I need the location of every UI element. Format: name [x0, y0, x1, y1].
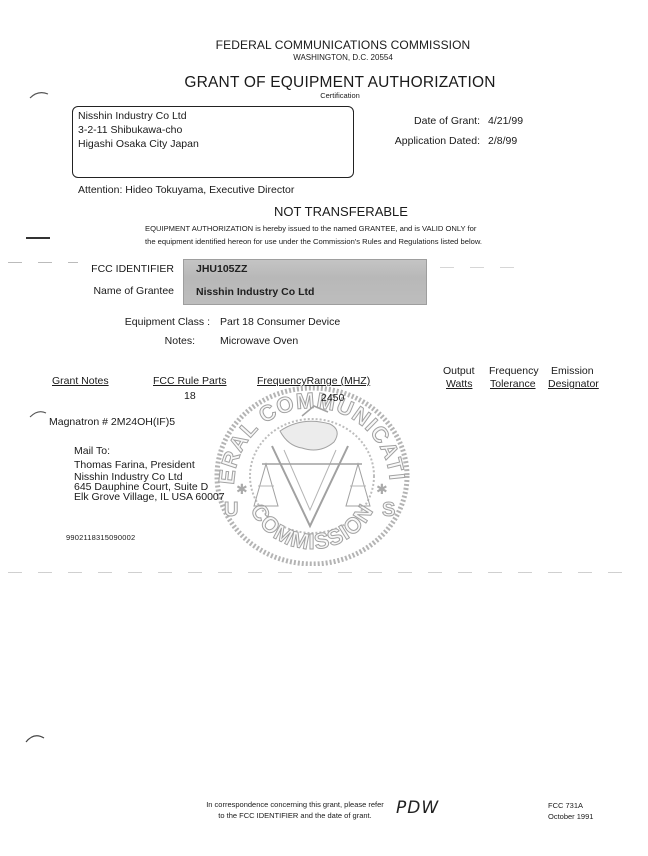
date-of-grant-value: 4/21/99 — [488, 115, 523, 127]
scan-line-lower — [8, 572, 638, 573]
form-number: FCC 731A October 1991 — [548, 800, 593, 822]
address-line: Higashi Osaka City Japan — [78, 137, 348, 151]
address-line: Nisshin Industry Co Ltd — [78, 109, 348, 123]
fcc-seal-icon: FEDERAL COMMUNICATIONS COMMISSION U S ✱ … — [202, 376, 422, 566]
svg-text:✱: ✱ — [376, 481, 388, 497]
application-dated-label: Application Dated: — [340, 135, 480, 147]
equipment-class-value: Part 18 Consumer Device — [220, 316, 340, 328]
svg-text:✱: ✱ — [236, 481, 248, 497]
mail-to-line: Elk Grove Village, IL USA 60007 — [74, 491, 225, 503]
emission-header-top: Emission — [551, 365, 594, 377]
rule-parts-value: 18 — [184, 390, 196, 402]
date-of-grant-label: Date of Grant: — [340, 115, 480, 127]
svg-text:FEDERAL COMMUNICATIONS: FEDERAL COMMUNICATIONS — [202, 376, 410, 486]
grant-note-text: Magnatron # 2M24OH(IF)5 — [49, 416, 175, 428]
form-number-code: FCC 731A — [548, 800, 593, 811]
handwritten-initials: PDW — [396, 798, 439, 818]
document-title: GRANT OF EQUIPMENT AUTHORIZATION — [0, 74, 648, 92]
scan-mark-mid-left — [28, 407, 50, 421]
fcc-identifier-value: JHU105ZZ — [196, 263, 247, 275]
mail-to-label: Mail To: — [74, 445, 110, 457]
tolerance-header-top: Frequency — [489, 365, 539, 377]
tolerance-header-bottom: Tolerance — [490, 378, 536, 390]
output-header-top: Output — [443, 365, 475, 377]
form-number-date: October 1991 — [548, 811, 593, 822]
document-subtitle: Certification — [0, 91, 648, 100]
not-transferable-heading: NOT TRANSFERABLE — [0, 204, 648, 219]
svg-text:COMMISSION: COMMISSION — [246, 499, 379, 554]
scan-mark-dash — [26, 237, 50, 239]
agency-address: WASHINGTON, D.C. 20554 — [0, 53, 648, 62]
notes-value: Microwave Oven — [220, 335, 298, 347]
equipment-class-label: Equipment Class : — [90, 316, 210, 328]
footer-note-line: to the FCC IDENTIFIER and the date of gr… — [190, 811, 400, 820]
address-line: 3-2-11 Shibukawa-cho — [78, 123, 348, 137]
grant-notes-header: Grant Notes — [52, 375, 109, 387]
emission-header-bottom: Designator — [548, 378, 599, 390]
frequency-value: 2450 — [321, 392, 344, 404]
svg-text:U: U — [224, 499, 238, 521]
fcc-identifier-label: FCC IDENTIFIER — [54, 263, 174, 275]
agency-name: FEDERAL COMMUNICATIONS COMMISSION — [0, 38, 648, 52]
authorization-text-line: EQUIPMENT AUTHORIZATION is hereby issued… — [145, 224, 476, 233]
notes-label: Notes: — [75, 335, 195, 347]
frequency-range-header: FrequencyRange (MHZ) — [257, 375, 370, 387]
tracking-number: 9902118315090002 — [66, 533, 135, 542]
output-header-bottom: Watts — [446, 378, 472, 390]
mail-to-line: Thomas Farina, President — [74, 459, 195, 471]
svg-text:S: S — [382, 499, 395, 521]
scan-mark-bottom-left — [24, 730, 48, 744]
grantee-name-value: Nisshin Industry Co Ltd — [196, 286, 314, 298]
grantee-address-box: Nisshin Industry Co Ltd 3-2-11 Shibukawa… — [72, 106, 354, 178]
attention-line: Attention: Hideo Tokuyama, Executive Dir… — [78, 184, 294, 196]
grantee-name-label: Name of Grantee — [54, 285, 174, 297]
application-dated-value: 2/8/99 — [488, 135, 517, 147]
footer-note-line: In correspondence concerning this grant,… — [190, 800, 400, 809]
scan-line-upper-right — [440, 267, 530, 268]
fcc-rule-parts-header: FCC Rule Parts — [153, 375, 227, 387]
authorization-text-line: the equipment identified hereon for use … — [145, 237, 482, 246]
